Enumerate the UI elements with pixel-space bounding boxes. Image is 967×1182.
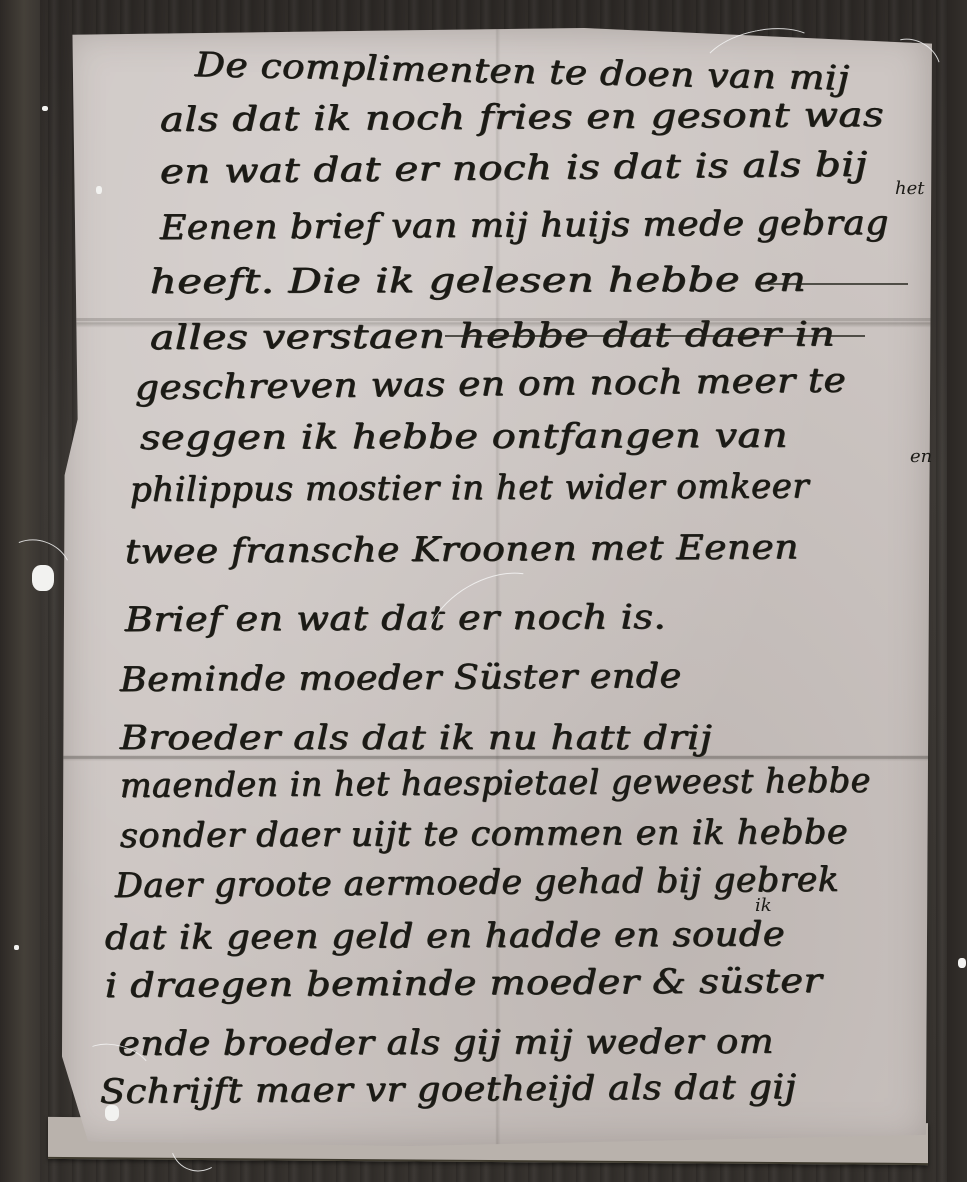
letter-line-14: maenden in het haespietael geweest hebbe [120, 761, 871, 806]
letter-line-2: als dat ik noch fries en gesont was [160, 95, 884, 140]
letter-line-7: geschreven was en om noch meer te [135, 361, 847, 408]
letter-line-18: i draegen beminde moeder & süster [105, 961, 823, 1006]
letter-line-3: en wat dat er noch is dat is als bij [160, 145, 868, 192]
letter-line-13: Broeder als dat ik nu hatt drij [120, 718, 712, 758]
overline-mark [445, 335, 865, 337]
photo-speck [105, 1105, 119, 1121]
letter-line-19: ende broeder als gij mij weder om [118, 1022, 774, 1064]
interlinear-insertion-het: het [895, 178, 924, 199]
photo-speck [96, 186, 102, 194]
letter-line-5: heeft. Die ik gelesen hebbe en [150, 260, 806, 302]
photo-speck [14, 945, 19, 950]
backdrop-right-edge [947, 0, 967, 1182]
letter-line-16: Daer groote aermoede gehad bij gebrek [115, 860, 840, 906]
letter-line-15: sonder daer uijt te commen en ik hebbe [120, 812, 848, 856]
letter-line-12: Beminde moeder Süster ende [120, 656, 682, 700]
photo-speck [32, 565, 54, 591]
photo-speck [42, 106, 48, 111]
photo-speck [958, 958, 966, 968]
letter-line-17: dat ik geen geld en hadde en soude [105, 914, 785, 958]
letter-line-4: Eenen brief van mij huijs mede gebrag [160, 203, 889, 248]
interlinear-insertion-ik: ik [755, 895, 772, 916]
letter-line-11: Brief en wat dat er noch is. [125, 597, 666, 640]
strikethrough-mark [768, 283, 908, 285]
letter-line-9: philippus mostier in het wider omkeer [130, 466, 809, 510]
letter-line-8: seggen ik hebbe ontfangen van [140, 416, 788, 458]
letter-line-10: twee fransche Kroonen met Eenen [125, 527, 799, 572]
interlinear-insertion-en: en [910, 446, 932, 467]
